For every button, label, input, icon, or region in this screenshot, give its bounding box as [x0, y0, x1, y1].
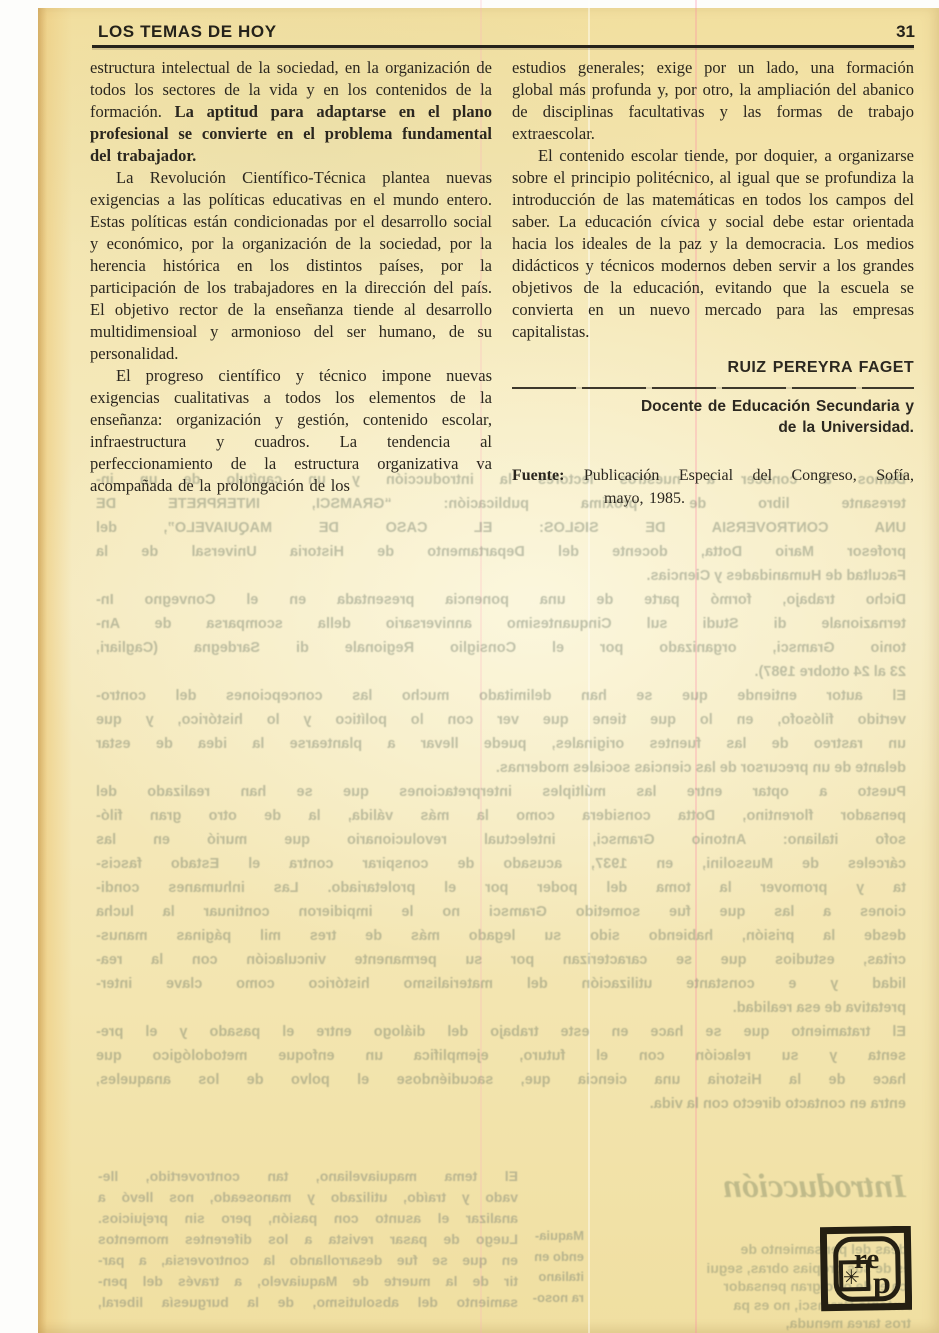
flower-icon: ✳ [843, 1265, 860, 1289]
author-credit: Docente de Educación Secundaria y de la … [512, 396, 914, 438]
source-text: Publicación Especial del Congreso, Sofía… [584, 467, 914, 484]
paragraph: La Revolución Científico-Técnica plantea… [90, 167, 492, 365]
bleedthrough-edge-fragments: Maquia-endo enitalianora noso- [528, 1226, 584, 1308]
paragraph: estudios generales; exige por un lado, u… [512, 57, 914, 145]
article-column-left: estructura intelectual de la sociedad, e… [90, 57, 492, 497]
byline-rule [512, 387, 914, 389]
source-note: Fuente: Publicación Especial del Congres… [512, 464, 914, 510]
bleedthrough-heading: Introducción [640, 1168, 906, 1206]
stamp-letter-p: p [873, 1264, 891, 1300]
author-byline: RUIZ PEREYRA FAGET [512, 357, 914, 379]
article-column-right: estudios generales; exige por un lado, u… [512, 57, 914, 510]
source-line: Fuente: Publicación Especial del Congres… [512, 464, 914, 487]
scanned-magazine-page: LOS TEMAS DE HOY 31 Damos a conocer a nu… [0, 0, 939, 1333]
bleedthrough-bottom-left-text: El tema maquiaveliano, tan controvertido… [98, 1166, 518, 1313]
credit-line: Docente de Educación Secundaria y [512, 396, 914, 417]
bleedthrough-main-text: Damos a conocer a nuestros lectores la i… [96, 468, 906, 1116]
stamp-graphic: re p ✳ [820, 1226, 912, 1312]
publisher-stamp: re p ✳ [820, 1226, 912, 1312]
paragraph: El contenido escolar tiende, por doquier… [512, 145, 914, 343]
source-line: mayo, 1985. [604, 487, 914, 510]
page-content: LOS TEMAS DE HOY 31 Damos a conocer a nu… [0, 0, 939, 1333]
source-label: Fuente: [512, 467, 564, 484]
paragraph: El progreso científico y técnico impone … [90, 365, 492, 497]
section-title: LOS TEMAS DE HOY [98, 22, 277, 42]
credit-line: de la Universidad. [512, 417, 914, 438]
paragraph: estructura intelectual de la sociedad, e… [90, 57, 492, 167]
page-number: 31 [896, 22, 915, 42]
header-rule [92, 45, 914, 48]
